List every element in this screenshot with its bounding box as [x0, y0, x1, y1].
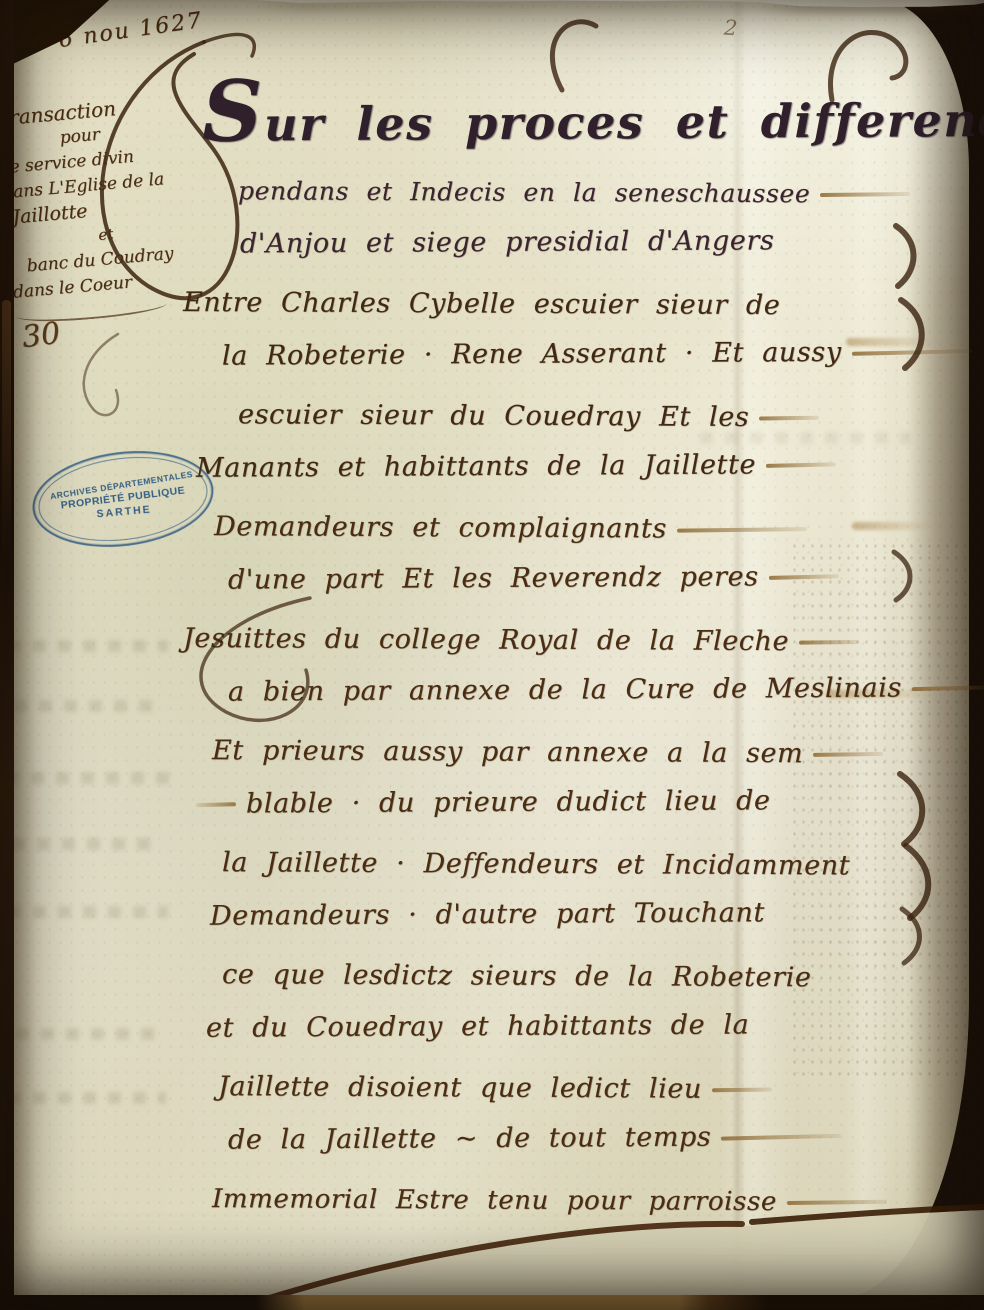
- body-line-text: blable · du prieure dudict lieu de: [246, 785, 771, 819]
- body-line-text: Manants et habittants de la Jaillette: [196, 449, 756, 483]
- body-line: d'une part Et les Reverendz peres: [0, 556, 984, 618]
- body-line-text: d'une part Et les Reverendz peres: [228, 561, 759, 595]
- body-line-text: de la Jaillette ~ de tout temps: [228, 1122, 712, 1156]
- body-line-text: Immemorial Estre tenu pour parroisse: [212, 1184, 777, 1217]
- body-line-text: la Robeterie · Rene Asserant · Et aussy: [222, 337, 842, 372]
- line-filler-stroke: [813, 752, 883, 757]
- body-line-text: Jaillette disoient que ledict lieu: [218, 1071, 702, 1105]
- line-filler-stroke: [721, 1133, 841, 1140]
- line-filler-stroke: [820, 191, 910, 196]
- body-line: d'Anjou et siege presidial d'Angers: [0, 220, 984, 282]
- body-line-text: ce que lesdictz sieurs de la Robeterie: [222, 959, 812, 993]
- body-line: la Robeterie · Rene Asserant · Et aussy: [0, 332, 984, 394]
- body-line-text: la Jaillette · Deffendeurs et Incidammen…: [222, 847, 850, 881]
- body-line: a bien par annexe de la Cure de Meslinai…: [0, 668, 984, 730]
- line-filler-stroke: [766, 462, 836, 468]
- line-filler-stroke: [196, 802, 236, 807]
- body-line: de la Jaillette ~ de tout temps: [0, 1116, 984, 1178]
- line-filler-stroke: [787, 1199, 887, 1204]
- book-edge-below: [0, 1295, 984, 1310]
- body-line-text: escuier sieur du Couedray Et les: [238, 399, 749, 433]
- manuscript-text-block: Sur les proces et differendz pendans et …: [0, 84, 984, 1234]
- cloth-fabric: [0, 0, 984, 100]
- body-line: Demandeurs · d'autre part Touchant: [0, 892, 984, 954]
- manuscript-photo: 2 6 nou 1627 Transaction pour le service…: [0, 0, 984, 1310]
- body-line-text: Demandeurs et complaignants: [214, 511, 667, 544]
- line-filler-stroke: [769, 574, 839, 580]
- body-line-text: Entre Charles Cybelle escuier sieur de: [183, 287, 781, 321]
- line-filler-stroke: [712, 1087, 772, 1092]
- line-filler-stroke: [912, 685, 984, 691]
- body-line: et du Couedray et habittants de la: [0, 1004, 984, 1066]
- body-line-text: pendans et Indecis en la seneschaussee: [238, 176, 810, 208]
- line-filler-stroke: [677, 527, 807, 533]
- cloth-wrap: [0, 0, 984, 100]
- line-filler-stroke: [799, 639, 859, 644]
- body-line: blable · du prieure dudict lieu de: [0, 780, 984, 842]
- body-line-text: et du Couedray et habittants de la: [206, 1009, 750, 1043]
- body-line-text: Et prieurs aussy par annexe a la sem: [212, 735, 803, 769]
- binding-edge: [0, 0, 14, 1310]
- line-filler-stroke: [852, 349, 972, 356]
- line-filler-stroke: [759, 415, 819, 420]
- body-line-text: Demandeurs · d'autre part Touchant: [210, 897, 765, 931]
- body-line-text: Jesuittes du college Royal de la Fleche: [183, 623, 789, 657]
- body-line: Manants et habittants de la Jaillette: [0, 444, 984, 506]
- body-line-text: d'Anjou et siege presidial d'Angers: [240, 225, 775, 259]
- body-line-text: a bien par annexe de la Cure de Meslinai…: [228, 672, 902, 707]
- body-line: Immemorial Estre tenu pour parroisse: [0, 1178, 984, 1239]
